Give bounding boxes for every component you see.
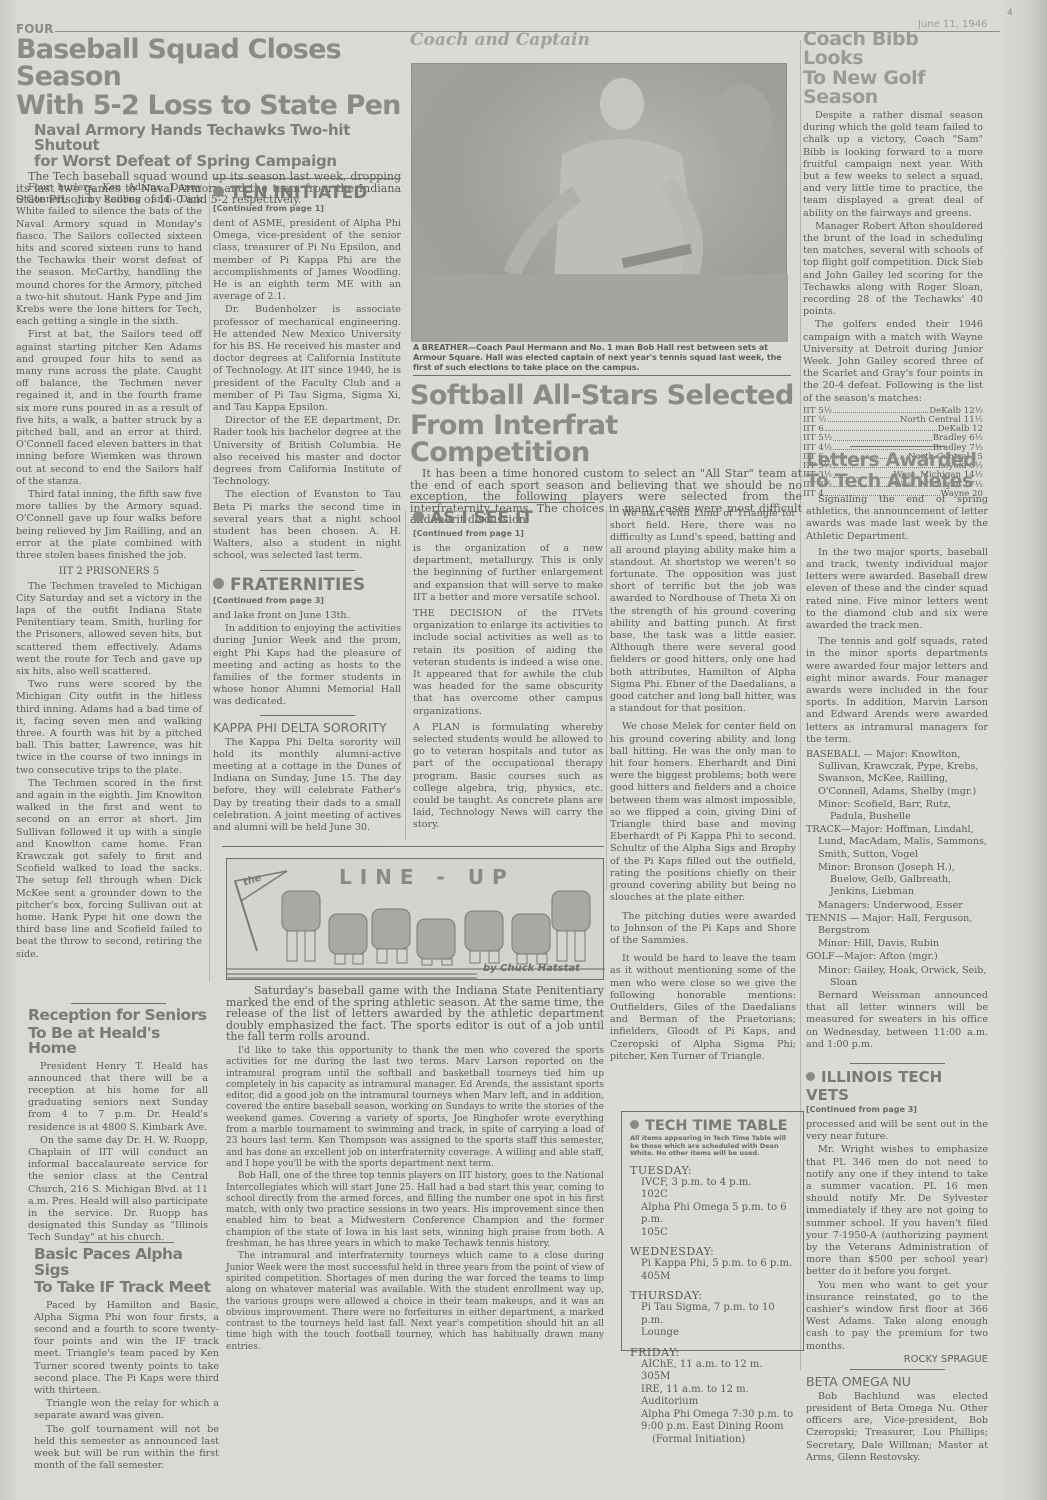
softball-story: Softball All-Stars Selected From Interfr… (410, 382, 802, 527)
lineup-body: Saturday's baseball game with the Indian… (226, 985, 604, 1354)
beta-subhead: BETA OMEGA NU (806, 1374, 988, 1389)
column-divider (209, 182, 210, 982)
vets-kicker: ILLINOIS TECH VETS (806, 1068, 988, 1104)
lineup-cartoon: the LINE - UP by Chuck Hatstat (226, 858, 604, 980)
golf-story: Coach Bibb Looks To New Golf Season Desp… (803, 30, 983, 499)
baseball-deck-2: for Worst Defeat of Spring Campaign (34, 154, 401, 169)
page-number: 4 (1007, 8, 1013, 18)
ten-initiated-kicker: TEN INITIATED (213, 183, 401, 203)
reception-headline-1: Reception for Seniors (28, 1008, 208, 1024)
baseball-headline-2: With 5-2 Loss to State Pen (16, 92, 401, 119)
fraternities-kicker: FRATERNITIES (213, 575, 401, 595)
tech-time-table: TECH TIME TABLE All items appearing in T… (621, 1111, 804, 1351)
bullet-icon (806, 1072, 815, 1081)
photo-coach-and-captain (411, 63, 787, 341)
basic-headline-1: Basic Paces Alpha Sigs (34, 1247, 219, 1278)
letter-awards-list: BASEBALL — Major: Knowlton, Sullivan, Kr… (806, 749, 988, 989)
basic-headline-2: To Take IF Track Meet (34, 1280, 219, 1296)
vets-story: ILLINOIS TECH VETS [Continued from page … (806, 1063, 988, 1465)
time-table-title: TECH TIME TABLE (630, 1118, 795, 1134)
vets-signature: ROCKY SPRAGUE (806, 1354, 988, 1365)
baseball-deck-1: Naval Armory Hands Techawks Two-hit Shut… (34, 123, 401, 153)
letters-headline-2: To Tech Athletes (806, 472, 988, 491)
photo-figures-icon (412, 64, 788, 342)
golf-headline-2: To New Golf Season (803, 69, 983, 107)
column-divider (405, 510, 406, 840)
bullet-icon (413, 511, 424, 522)
baseball-body: Four hurlers, Ken Adams, Danny O'Connell… (16, 182, 202, 962)
bullet-icon (630, 1120, 639, 1129)
golf-headline-1: Coach Bibb Looks (803, 30, 983, 68)
column-divider (606, 510, 607, 890)
as-i-see-it-story: AS I SEE IT [Continued from page 1] is t… (413, 508, 603, 833)
lineup-title: LINE - UP (339, 865, 515, 889)
as-i-see-it-kicker: AS I SEE IT (413, 508, 603, 528)
bullet-icon (213, 578, 224, 589)
baseball-subhead: IIT 2 PRISONERS 5 (16, 566, 202, 578)
softball-headline-1: Softball All-Stars Selected (410, 382, 802, 409)
fraternities-story: FRATERNITIES [Continued from page 3] and… (213, 570, 401, 835)
baseball-headline-1: Baseball Squad Closes Season (16, 36, 401, 90)
kappa-subhead: KAPPA PHI DELTA SORORITY (213, 720, 401, 735)
reception-story: Reception for Seniors To Be at Heald's H… (28, 1003, 208, 1246)
bullet-icon (213, 186, 224, 197)
issue-date: June 11, 1946 (918, 19, 988, 30)
time-table-note: All items appearing in Tech Time Table w… (630, 1135, 795, 1158)
letters-story: Letters Awarded To Tech Athletes Signall… (806, 440, 988, 1052)
newspaper-page: FOUR June 11, 1946 4 Baseball Squad Clos… (0, 0, 1047, 1500)
reception-headline-2: To Be at Heald's Home (28, 1026, 208, 1057)
letters-headline-1: Letters Awarded (806, 451, 988, 470)
photo-caption: A BREATHER—Coach Paul Hermann and No. 1 … (413, 343, 796, 373)
photo-title: Coach and Captain (410, 30, 798, 50)
softball-headline-2: From Interfrat Competition (410, 412, 802, 466)
ten-initiated-story: TEN INITIATED [Continued from page 1] de… (213, 178, 401, 564)
lineup-byline: by Chuck Hatstat (483, 963, 580, 974)
basic-story: Basic Paces Alpha Sigs To Take IF Track … (34, 1242, 219, 1473)
photo-block: Coach and Captain A BREATHER—Coach Paul … (408, 30, 798, 50)
softball-body: We start with Lund of Triangle for short… (610, 508, 796, 1064)
